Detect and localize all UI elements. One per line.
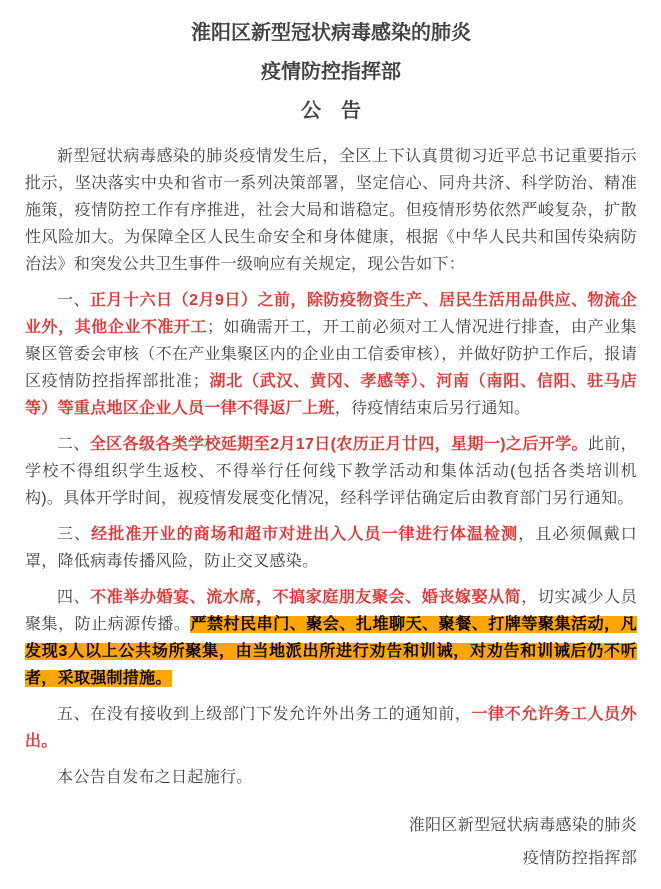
item-3: 三、经批准开业的商场和超市对进出入人员一律进行体温检测，且必须佩戴口罩，降低病毒… [25, 521, 637, 575]
item-1: 一、正月十六日（2月9日）之前，除防疫物资生产、居民生活用品供应、物流企业外，其… [25, 287, 637, 422]
item-4: 四、不准举办婚宴、流水席，不搞家庭朋友聚会、婚丧嫁娶从简，切实减少人员聚集，防止… [25, 584, 637, 692]
closing-paragraph: 本公告自发布之日起施行。 [25, 764, 637, 791]
intro-paragraph: 新型冠状病毒感染的肺炎疫情发生后，全区上下认真贯彻习近平总书记重要指示批示，坚决… [25, 143, 637, 278]
item-2-seg-2-red: 全区各级各类学校延期至2月17日(农历正月廿四，星期一)之后开学。 [90, 436, 588, 453]
item-1-seg-5: ，待疫情结束后另行通知。 [335, 400, 531, 417]
signature-block: 淮阳区新型冠状病毒感染的肺炎 疫情防控指挥部 [25, 809, 637, 875]
closing-text: 本公告自发布之日起施行。 [57, 769, 253, 786]
signature-org-line-2: 疫情防控指挥部 [25, 842, 637, 875]
signature-org-line-1: 淮阳区新型冠状病毒感染的肺炎 [25, 809, 637, 842]
doc-title: 淮阳区新型冠状病毒感染的肺炎 疫情防控指挥部 公 告 [25, 14, 637, 131]
item-1-seg-1: 一、 [57, 292, 90, 309]
item-4-seg-1: 四、 [57, 589, 90, 606]
announcement-page: 淮阳区新型冠状病毒感染的肺炎 疫情防控指挥部 公 告 新型冠状病毒感染的肺炎疫情… [0, 0, 661, 889]
item-2-seg-1: 二、 [57, 436, 90, 453]
doc-title-line-2: 疫情防控指挥部 [25, 53, 637, 92]
doc-title-line-3: 公 告 [25, 92, 637, 131]
item-2: 二、全区各级各类学校延期至2月17日(农历正月廿四，星期一)之后开学。此前，学校… [25, 431, 637, 512]
item-3-seg-2-red: 经批准开业的商场和超市对进出入人员一律进行体温检测 [91, 526, 518, 543]
doc-title-line-1: 淮阳区新型冠状病毒感染的肺炎 [25, 14, 637, 53]
item-5-seg-1: 五、在没有接收到上级部门下发允许外出务工的通知前， [57, 706, 471, 723]
intro-text: 新型冠状病毒感染的肺炎疫情发生后，全区上下认真贯彻习近平总书记重要指示批示，坚决… [25, 148, 637, 273]
item-3-seg-1: 三、 [57, 526, 91, 543]
doc-body: 新型冠状病毒感染的肺炎疫情发生后，全区上下认真贯彻习近平总书记重要指示批示，坚决… [25, 143, 637, 791]
item-4-seg-2-red: 不准举办婚宴、流水席，不搞家庭朋友聚会、婚丧嫁娶从简 [90, 589, 521, 606]
item-5: 五、在没有接收到上级部门下发允许外出务工的通知前，一律不允许务工人员外出。 [25, 701, 637, 755]
